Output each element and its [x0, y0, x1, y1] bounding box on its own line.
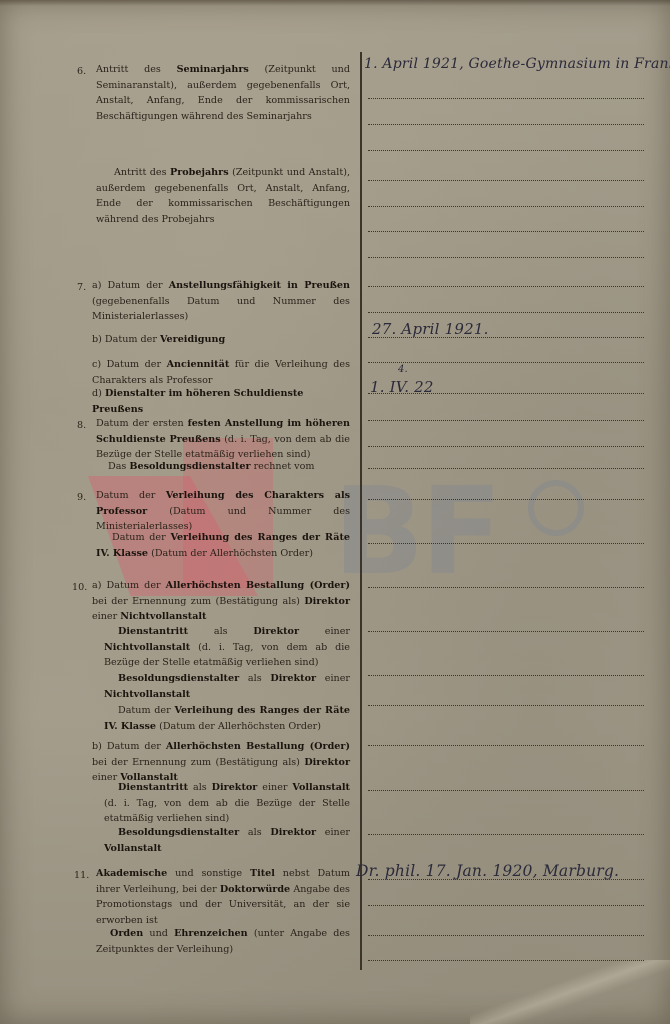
entry-line — [368, 705, 644, 706]
column-divider — [360, 52, 362, 970]
item10a-besoldungsdienstalter-label: Besoldungsdienstalter als Direktor einer… — [104, 671, 350, 702]
entry-line — [368, 935, 644, 936]
item10a-raete-klasse-label: Datum der Verleihung des Ranges der Räte… — [104, 703, 350, 734]
entry-line — [368, 631, 644, 632]
item10b-dienstantritt-label: Dienstantritt als Direktor einer Vollans… — [104, 780, 350, 827]
entry-line — [368, 206, 644, 207]
entry-dienstalter-correction: 4. — [398, 364, 408, 375]
item-number: 6. — [77, 66, 86, 77]
scanned-form-page: BF 6. Antritt des Seminarjahrs (Zeitpunk… — [0, 0, 670, 1024]
entry-line — [368, 180, 644, 181]
entry-line — [368, 362, 644, 363]
entry-line — [368, 286, 644, 287]
entry-line — [368, 257, 644, 258]
paper-fold-crease — [470, 960, 670, 1024]
entry-line — [368, 98, 644, 99]
entry-line — [368, 446, 644, 447]
registered-mark-icon — [528, 480, 584, 536]
item7d-dienstalter-label: d) Dienstalter im höheren Schuldienste P… — [92, 386, 354, 417]
entry-line — [368, 124, 644, 125]
entry-line — [368, 745, 644, 746]
entry-titel-doktor: Dr. phil. 17. Jan. 1920, Marburg. — [356, 862, 619, 880]
item9-professor-label: Datum der Verleihung des Charakters als … — [96, 488, 350, 535]
entry-line — [368, 150, 644, 151]
item-number: 7. — [77, 282, 86, 293]
item10b-bestallung-label: b) Datum der Allerhöchsten Bestallung (O… — [92, 739, 350, 786]
entry-line — [368, 337, 644, 338]
item7b-vereidigung-label: b) Datum der Vereidigung — [92, 332, 350, 348]
entry-line — [368, 879, 644, 880]
entry-line — [368, 393, 644, 394]
item6-seminarjahr-label: Antritt des Seminarjahrs (Zeitpunkt und … — [96, 62, 350, 124]
item11-titel-label: Akademische und sonstige Titel nebst Dat… — [96, 866, 350, 928]
item-number: 11. — [74, 870, 89, 881]
entry-line — [368, 675, 644, 676]
item10a-dienstantritt-label: Dienstantritt als Direktor einer Nichtvo… — [104, 624, 350, 671]
item-number: 10. — [72, 582, 87, 593]
item8-feste-anstellung-label: Datum der ersten festen Anstellung im hö… — [96, 416, 350, 463]
item8-besoldungsdienstalter-label: Das Besoldungsdienstalter rechnet vom — [108, 459, 350, 475]
entry-line — [368, 312, 644, 313]
item10a-bestallung-label: a) Datum der Allerhöchsten Bestallung (O… — [92, 578, 350, 625]
item10b-besoldungsdienstalter-label: Besoldungsdienstalter als Direktor einer… — [104, 825, 350, 856]
entry-line — [368, 499, 644, 500]
entry-line — [368, 231, 644, 232]
item-number: 9. — [77, 492, 86, 503]
watermark-letters: BF — [333, 468, 498, 598]
entry-seminarjahr: 1. April 1921, Goethe-Gymnasium in Frank… — [364, 56, 670, 72]
entry-line — [368, 834, 644, 835]
entry-line — [368, 905, 644, 906]
item9-raete-klasse-label: Datum der Verleihung des Ranges der Räte… — [96, 530, 350, 561]
entry-line — [368, 790, 644, 791]
item6-probejahr-label: Antritt des Probejahrs (Zeitpunkt und An… — [96, 165, 350, 227]
item11-orden-label: Orden und Ehrenzeichen (unter Angabe des… — [96, 926, 350, 957]
item7a-anstellungsfaehigkeit-label: a) Datum der Anstellungsfähigkeit in Pre… — [92, 278, 350, 325]
entry-line — [368, 587, 644, 588]
entry-line — [368, 960, 644, 961]
entry-line — [368, 420, 644, 421]
entry-line — [368, 468, 644, 469]
item7c-anciennitaet-label: c) Datum der Anciennität für die Verleih… — [92, 357, 350, 388]
entry-vereidigung: 27. April 1921. — [372, 320, 489, 338]
entry-line — [368, 543, 644, 544]
item-number: 8. — [77, 420, 86, 431]
